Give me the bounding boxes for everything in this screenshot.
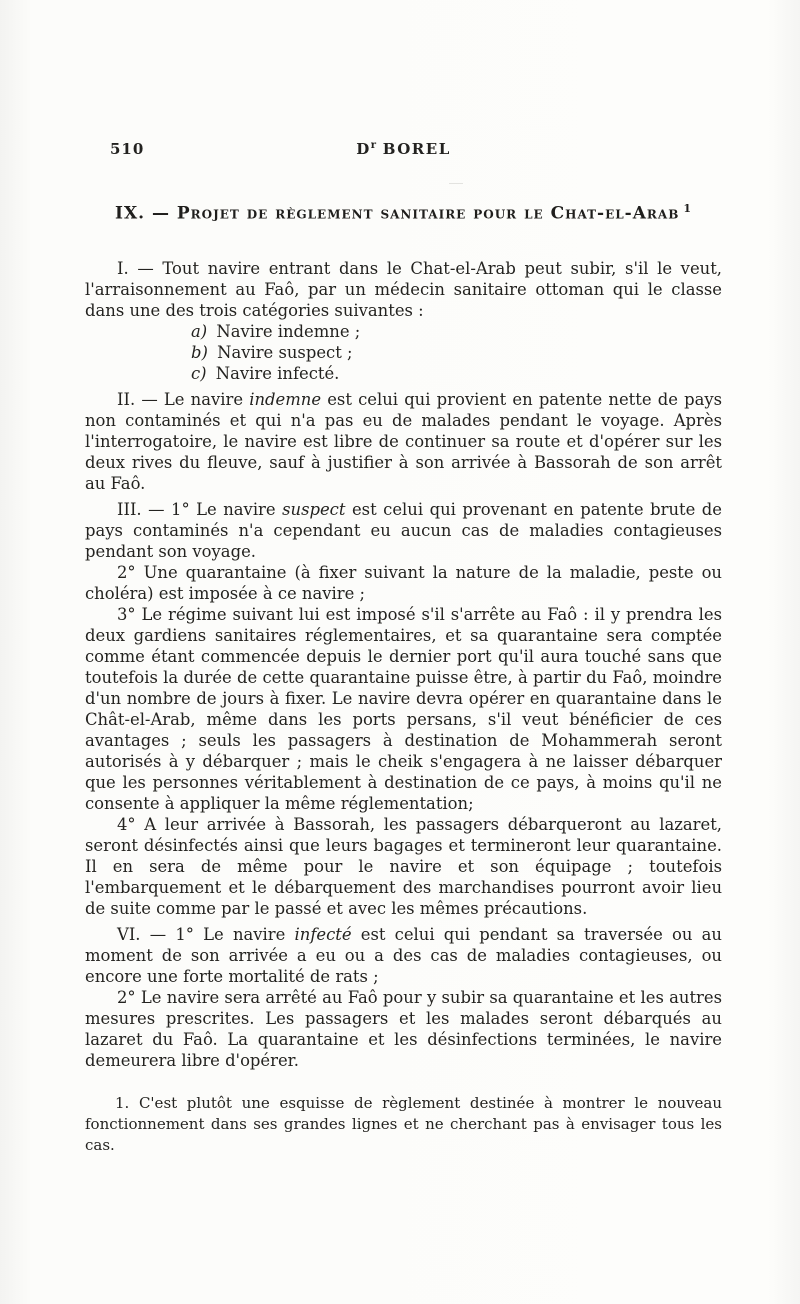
list-item: b) Navire suspect ;: [191, 342, 722, 363]
list-item: a) Navire indemne ;: [191, 321, 722, 342]
paragraph-text: 2° Le navire sera arrêté au Faô pour y s…: [85, 988, 722, 1070]
author-prefix: D: [356, 140, 371, 158]
paragraph: 2° Une quarantaine (à fixer suivant la n…: [85, 562, 722, 604]
footnote: 1. C'est plutôt une esquisse de règlemen…: [85, 1093, 722, 1156]
paragraph: 2° Le navire sera arrêté au Faô pour y s…: [85, 987, 722, 1071]
paragraph: III. — 1° Le navire suspect est celui qu…: [85, 499, 722, 562]
header-divider: [449, 183, 463, 184]
document-body: I. — Tout navire entrant dans le Chat-el…: [85, 253, 722, 1071]
list-marker: c): [191, 364, 211, 383]
paragraph: I. — Tout navire entrant dans le Chat-el…: [85, 258, 722, 321]
italic-term: indemne: [249, 390, 321, 409]
paragraph: II. — Le navire indemne est celui qui pr…: [85, 389, 722, 494]
list-item: c) Navire infecté.: [191, 363, 722, 384]
paragraph: VI. — 1° Le navire infecté est celui qui…: [85, 924, 722, 987]
italic-term: suspect: [282, 500, 345, 519]
running-title: Dr BOREL: [85, 140, 722, 158]
paragraph: 4° A leur arrivée à Bassorah, les passag…: [85, 814, 722, 919]
paragraph-text: I. — Tout navire entrant dans le Chat-el…: [85, 259, 722, 320]
footnote-ref: 1: [683, 202, 692, 215]
paragraph-text: 3° Le régime suivant lui est imposé s'il…: [85, 605, 722, 813]
author-name: BOREL: [383, 140, 451, 158]
paragraph-text: VI. — 1° Le navire: [117, 925, 295, 944]
list-marker: a): [191, 322, 211, 341]
author-prefix-sup: r: [371, 140, 376, 151]
section-title-text: IX. — Projet de règlement sanitaire pour…: [115, 204, 679, 224]
scanned-page: 510 Dr BOREL IX. — Projet de règlement s…: [0, 0, 800, 1304]
paragraph-text: 2° Une quarantaine (à fixer suivant la n…: [85, 563, 722, 603]
paragraph-text: II. — Le navire: [117, 390, 249, 409]
running-header: 510 Dr BOREL: [85, 140, 722, 160]
paragraph-text: 4° A leur arrivée à Bassorah, les passag…: [85, 815, 722, 918]
list-marker: b): [191, 343, 212, 362]
italic-term: infecté: [295, 925, 352, 944]
section-title: IX. — Projet de règlement sanitaire pour…: [85, 202, 722, 224]
paragraph: 3° Le régime suivant lui est imposé s'il…: [85, 604, 722, 814]
paragraph-text: III. — 1° Le navire: [117, 500, 282, 519]
